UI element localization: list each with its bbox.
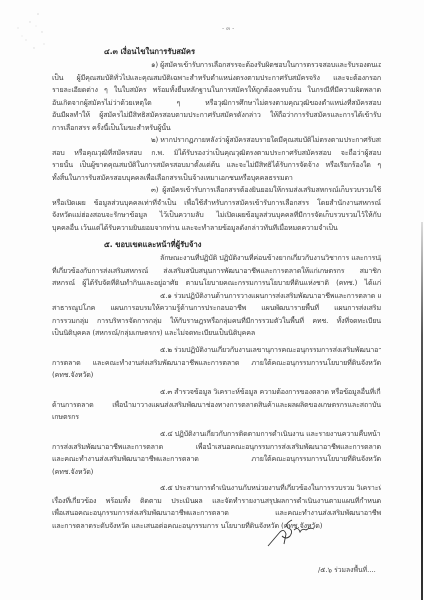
paragraph-line: และการตลาดระดับจังหวัด และเสนอต่อคณะอนุก… <box>52 521 381 530</box>
paragraph-line: (คทช.จังหวัด) <box>52 370 381 379</box>
paragraph-line: บุคคลอื่น เว้นแต่ได้รับความยินยอมจากท่าน… <box>52 223 381 232</box>
paragraph-line: สอบ หรือคุณวุฒิที่สมัครสอบ ก.พ. มิได้รับ… <box>52 148 381 157</box>
paragraph-line: (คทช.จังหวัด) <box>52 467 381 476</box>
paragraph-line: และคณะทำงานส่งเสริมพัฒนาอาชีพและการตลาด … <box>52 454 381 463</box>
paragraph-line: ที่เกี่ยวข้องกับการส่งเสริมสหกรณ์ ส่งเสร… <box>52 266 381 275</box>
section-heading-4-3: ๔.๓ เงื่อนไขในการรับสมัคร <box>104 47 195 56</box>
paragraph-line: การส่งเสริมพัฒนาอาชีพและการตลาด เพื่อนำเ… <box>52 442 381 451</box>
paragraph-line: สหกรณ์ ผู้ได้รับจัดที่ดินทำกินและอยู่อาศ… <box>52 278 381 287</box>
paragraph-line: ทั้งสิ้นในการรับสมัครสอบบุคคลเพื่อเลือกส… <box>52 173 381 182</box>
continuation-note: /๕.๖ ร่วมลงพื้นที่.... <box>318 564 376 575</box>
paragraph-line: สาธารณูปโภค แผนการอบรมให้ความรู้ด้านการป… <box>52 303 381 312</box>
section-heading-5: ๕. ขอบเขตและหน้าที่ผู้รับจ้าง <box>104 240 201 249</box>
paragraph-line: ด้านการตลาด เพื่อนำมาวางแผนส่งเสริมพัฒนา… <box>52 400 381 409</box>
paragraph-line: เป็นนิติบุคคล (สหกรณ์/กลุ่มเกษตรกร) และไ… <box>52 328 381 337</box>
paragraph-line: ๕.๔ ปฏิบัติงานเกี่ยวกับการติดตามการดำเนิ… <box>160 429 381 438</box>
paragraph-line: การตลาด และคณะทำงานส่งเสริมพัฒนาอาชีพและ… <box>52 358 381 367</box>
paragraph-line: อันมีผลทำให้ ผู้สมัครไม่มีสิทธิสมัครสอบต… <box>52 110 381 119</box>
page-number: - ๓ - <box>222 23 234 33</box>
paragraph-line: ๑) ผู้สมัครเข้ารับการเลือกสรรจะต้องรับผิ… <box>151 60 381 69</box>
paragraph-line: การรวมกลุ่ม การบริหารจัดการกลุ่ม ให้กับร… <box>52 316 381 325</box>
paragraph-line: ๕.๕ ประสานการดำเนินงานกับหน่วยงานที่เกี่… <box>160 483 381 492</box>
paragraph-line: ๕.๒ ร่วมปฏิบัติงานเกี่ยวกับงานเลขานุการค… <box>160 345 381 354</box>
paragraph-line: เรื่องที่เกี่ยวข้อง พร้อมทั้ง ติดตาม ประ… <box>52 496 381 505</box>
paragraph-line: การเลือกสรร ครั้งนี้เป็นโมฆะสำหรับผู้นั้… <box>52 123 381 132</box>
paragraph-line: รายนั้น เป็นผู้ขาดคุณสมบัติในการสมัครสอบ… <box>52 160 381 169</box>
paragraph-line: ๕.๑ ร่วมปฏิบัติงานด้านการวางแผนการส่งเสร… <box>160 291 381 300</box>
paragraph-line: หรือเปิดเผย ข้อมูลส่วนบุคคลเท่าที่จำเป็น… <box>52 198 381 207</box>
signature-icon <box>262 518 322 548</box>
paragraph-line: รายละเอียดต่าง ๆ ในใบสมัคร พร้อมทั้งยื่น… <box>52 85 381 94</box>
paragraph-line: เป็น ผู้มีคุณสมบัติทั่วไปและคุณสมบัติเฉพ… <box>52 73 381 82</box>
paragraph-line: ลักษณะงานที่ปฏิบัติ ปฏิบัติงานที่ค่อนข้า… <box>160 253 381 262</box>
scan-artifact-icon <box>8 8 46 53</box>
paragraph-line: จังหวัดแม่ฮ่องสอนจะรักษาข้อมูล ไว้เป็นคว… <box>52 210 381 219</box>
scan-border <box>421 222 423 600</box>
paragraph-line: ๒) หากปรากฏภายหลังว่าผู้สมัครสอบรายใดมีค… <box>151 135 381 144</box>
document-page: - ๓ - ๔.๓ เงื่อนไขในการรับสมัคร ๑) ผู้สม… <box>0 0 424 600</box>
paragraph-line: ๓) ผู้สมัครเข้ารับการเลือกสรรต้องยินยอมใ… <box>151 185 381 194</box>
paragraph-line: อันเกิดจากผู้สมัครไม่ว่าด้วยเหตุใด ๆ หรื… <box>52 98 381 107</box>
paragraph-line: ๕.๓ สำรวจข้อมูล วิเคราะห์ข้อมูล ความต้อง… <box>160 387 381 396</box>
paragraph-line: เพื่อเสนอคณะอนุกรรมการส่งเสริมพัฒนาอาชีพ… <box>52 508 381 517</box>
paragraph-line: เกษตรกร <box>52 412 381 421</box>
